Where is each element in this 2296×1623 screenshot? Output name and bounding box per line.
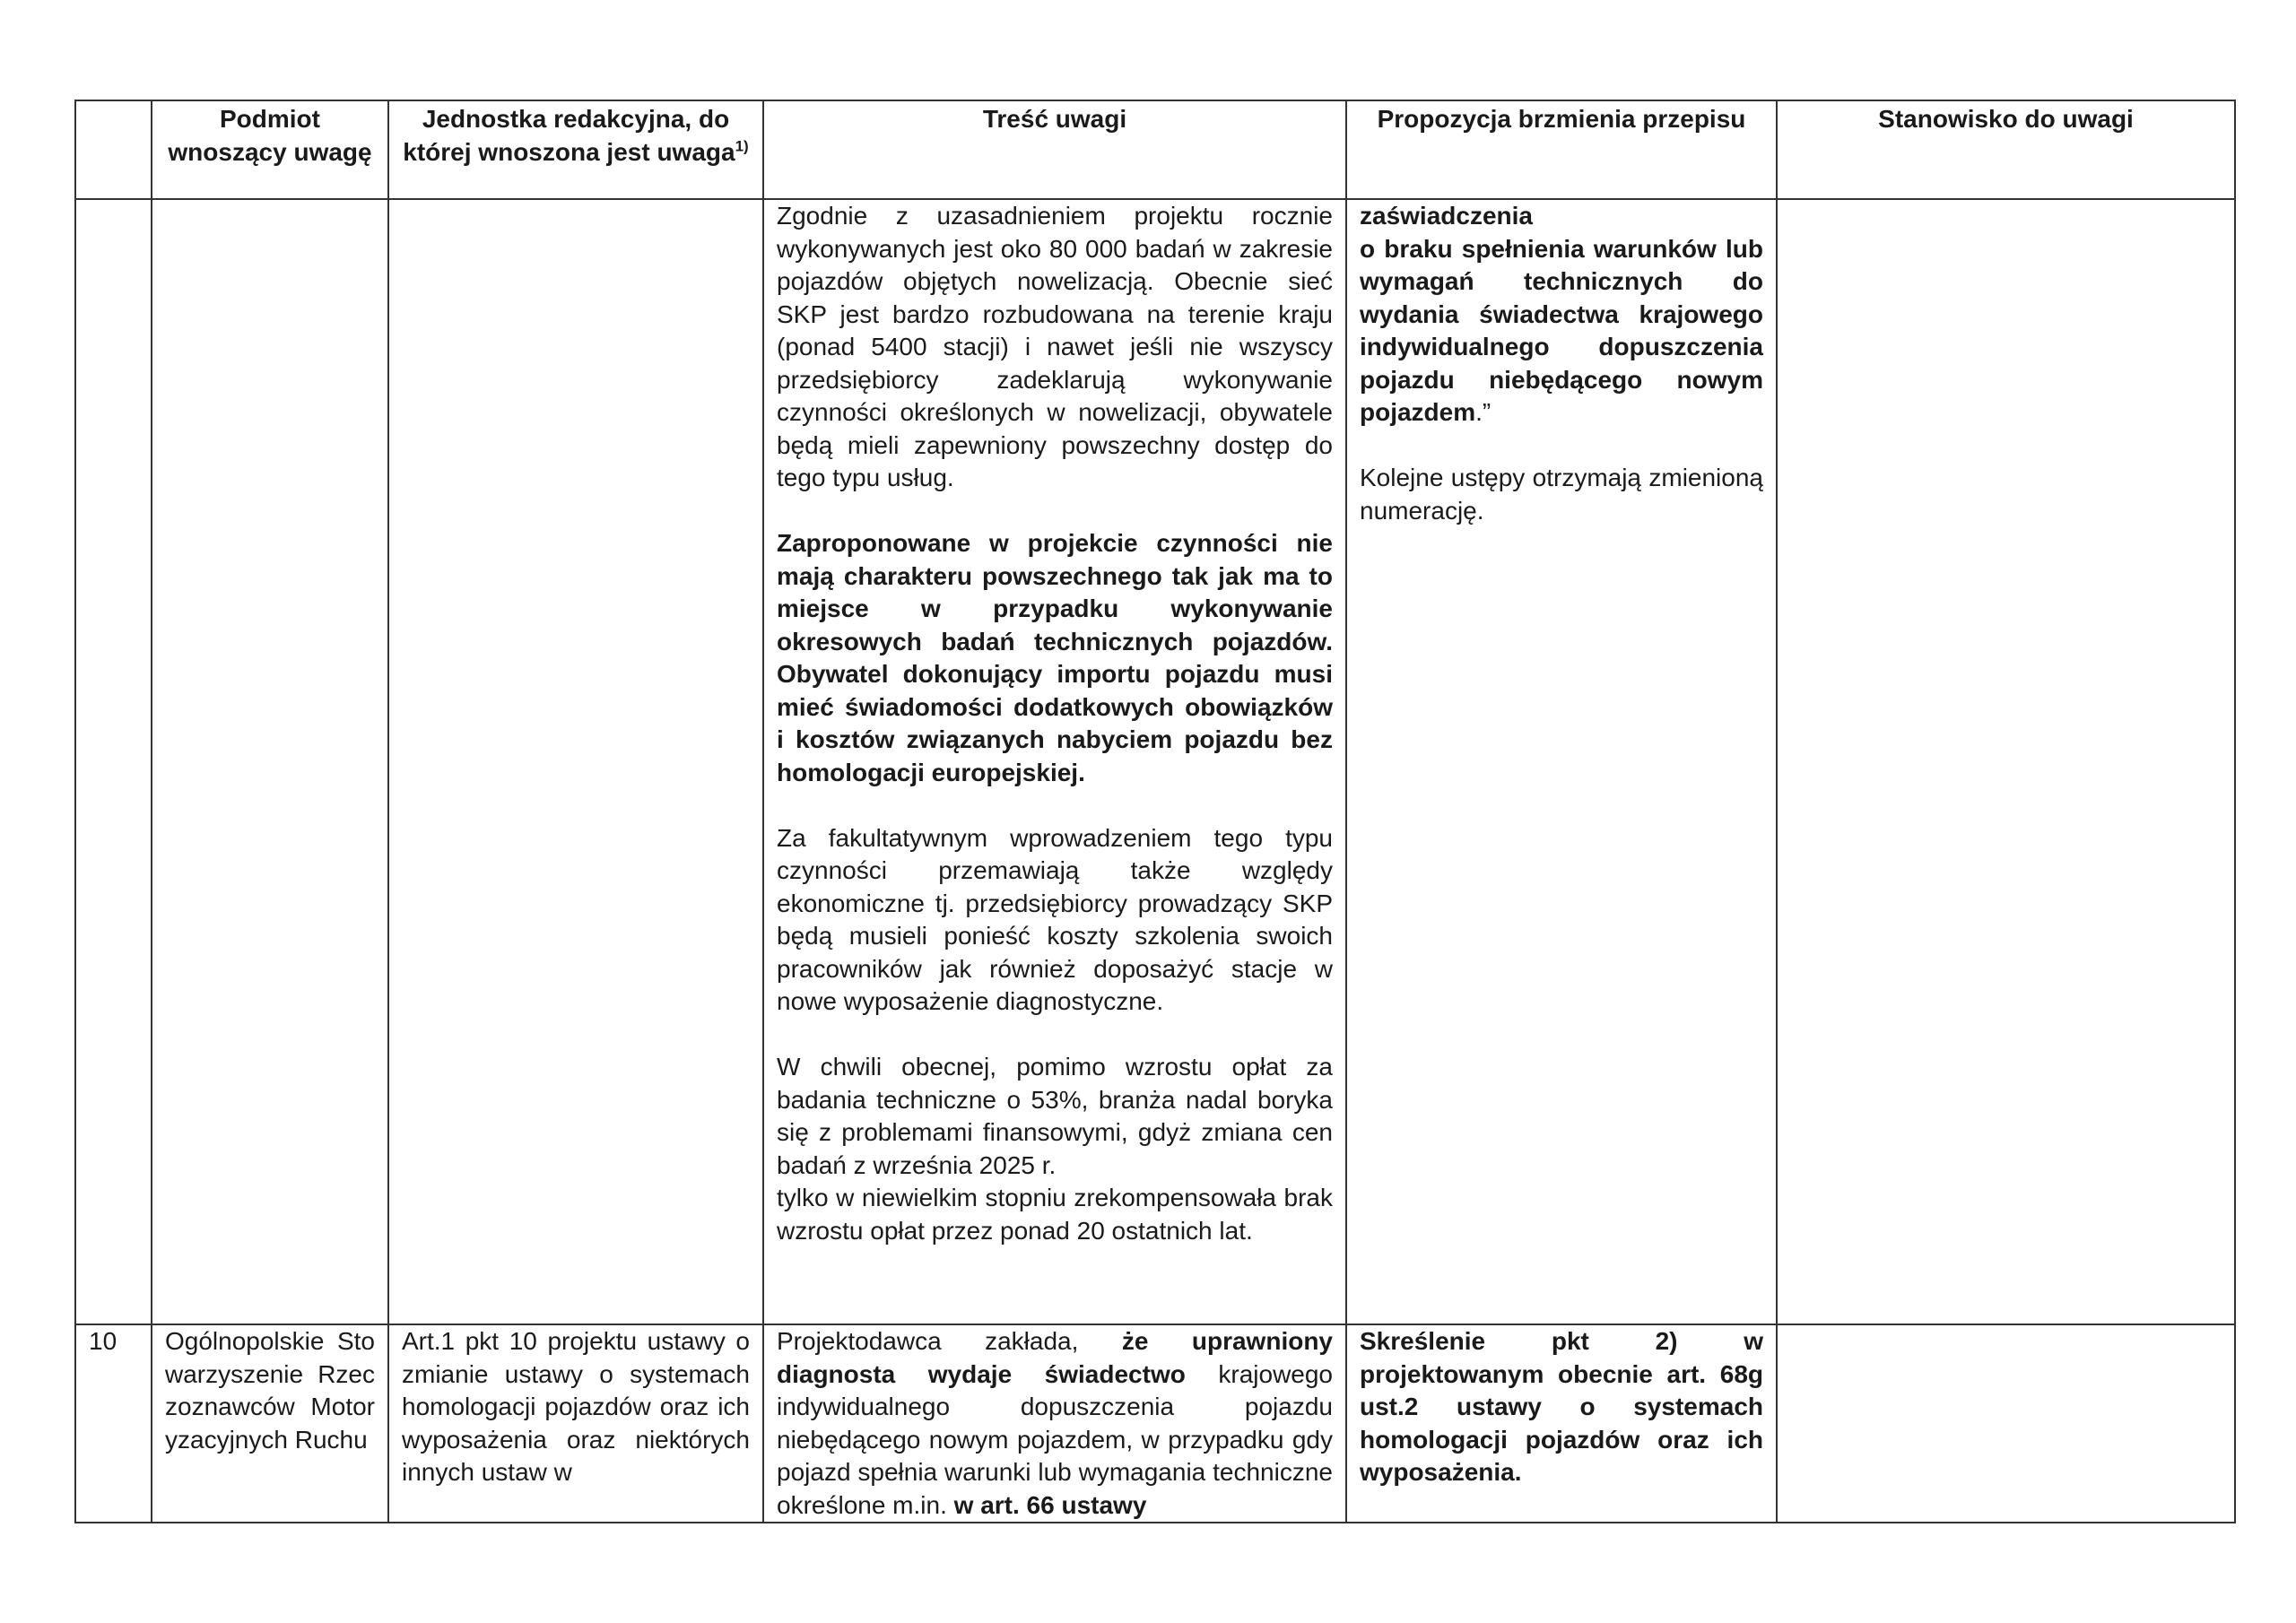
table-header-row: Podmiot wnoszący uwagę Jednostka redakcy… bbox=[75, 100, 2235, 199]
footnote-mark: 1) bbox=[735, 137, 749, 154]
proposal-paragraph: Kolejne ustępy otrzymają zmienioną numer… bbox=[1360, 462, 1763, 527]
proposal-bold-text: o braku spełnienia warunków lub wymagań … bbox=[1360, 235, 1763, 427]
comments-table: Podmiot wnoszący uwagę Jednostka redakcy… bbox=[74, 100, 2236, 1523]
row-proposal: zaświadczeniao braku spełnienia warunków… bbox=[1346, 199, 1777, 1324]
content-text-bold: w art. 66 ustawy bbox=[954, 1491, 1147, 1519]
row-number bbox=[75, 199, 152, 1324]
table-row: Zgodnie z uzasadnieniem projektu rocznie… bbox=[75, 199, 2235, 1324]
row-position bbox=[1777, 199, 2235, 1324]
proposal-bold-line: zaświadczenia bbox=[1360, 200, 1763, 233]
row-position bbox=[1777, 1324, 2235, 1523]
row-proposal: Skreślenie pkt 2) w projektowanym obecni… bbox=[1346, 1324, 1777, 1523]
content-paragraph: W chwili obecnej, pomimo wzrostu opłat z… bbox=[777, 1051, 1333, 1247]
row-unit: Art.1 pkt 10 projektu ustawy o zmianie u… bbox=[388, 1324, 763, 1523]
proposal-tail: .” bbox=[1475, 398, 1491, 426]
header-unit-label: Jednostka redakcyjna, do której wnoszona… bbox=[403, 105, 735, 166]
row-content: Zgodnie z uzasadnieniem projektu rocznie… bbox=[763, 199, 1346, 1324]
row-unit bbox=[388, 199, 763, 1324]
content-paragraph-continuation: tylko w niewielkim stopniu zrekompensowa… bbox=[777, 1182, 1333, 1247]
header-content: Treść uwagi bbox=[763, 100, 1346, 199]
row-entity: Ogólnopolskie Stowarzyszenie Rzeczoznawc… bbox=[152, 1324, 388, 1523]
header-position: Stanowisko do uwagi bbox=[1777, 100, 2235, 199]
row-entity bbox=[152, 199, 388, 1324]
header-number bbox=[75, 100, 152, 199]
content-paragraph-bold: Zaproponowane w projekcie czynności nie … bbox=[777, 527, 1333, 789]
proposal-paragraph: zaświadczeniao braku spełnienia warunków… bbox=[1360, 200, 1763, 430]
table-row: 10 Ogólnopolskie Stowarzyszenie Rzeczozn… bbox=[75, 1324, 2235, 1523]
header-unit: Jednostka redakcyjna, do której wnoszona… bbox=[388, 100, 763, 199]
row-number: 10 bbox=[75, 1324, 152, 1523]
header-proposal: Propozycja brzmienia przepisu bbox=[1346, 100, 1777, 199]
content-paragraph-part: W chwili obecnej, pomimo wzrostu opłat z… bbox=[777, 1051, 1333, 1182]
row-content: Projektodawca zakłada, że uprawniony dia… bbox=[763, 1324, 1346, 1523]
content-paragraph: Zgodnie z uzasadnieniem projektu rocznie… bbox=[777, 200, 1333, 495]
header-entity: Podmiot wnoszący uwagę bbox=[152, 100, 388, 199]
content-paragraph: Za fakultatywnym wprowadzeniem tego typu… bbox=[777, 822, 1333, 1019]
content-text: Projektodawca zakłada, bbox=[777, 1327, 1122, 1355]
